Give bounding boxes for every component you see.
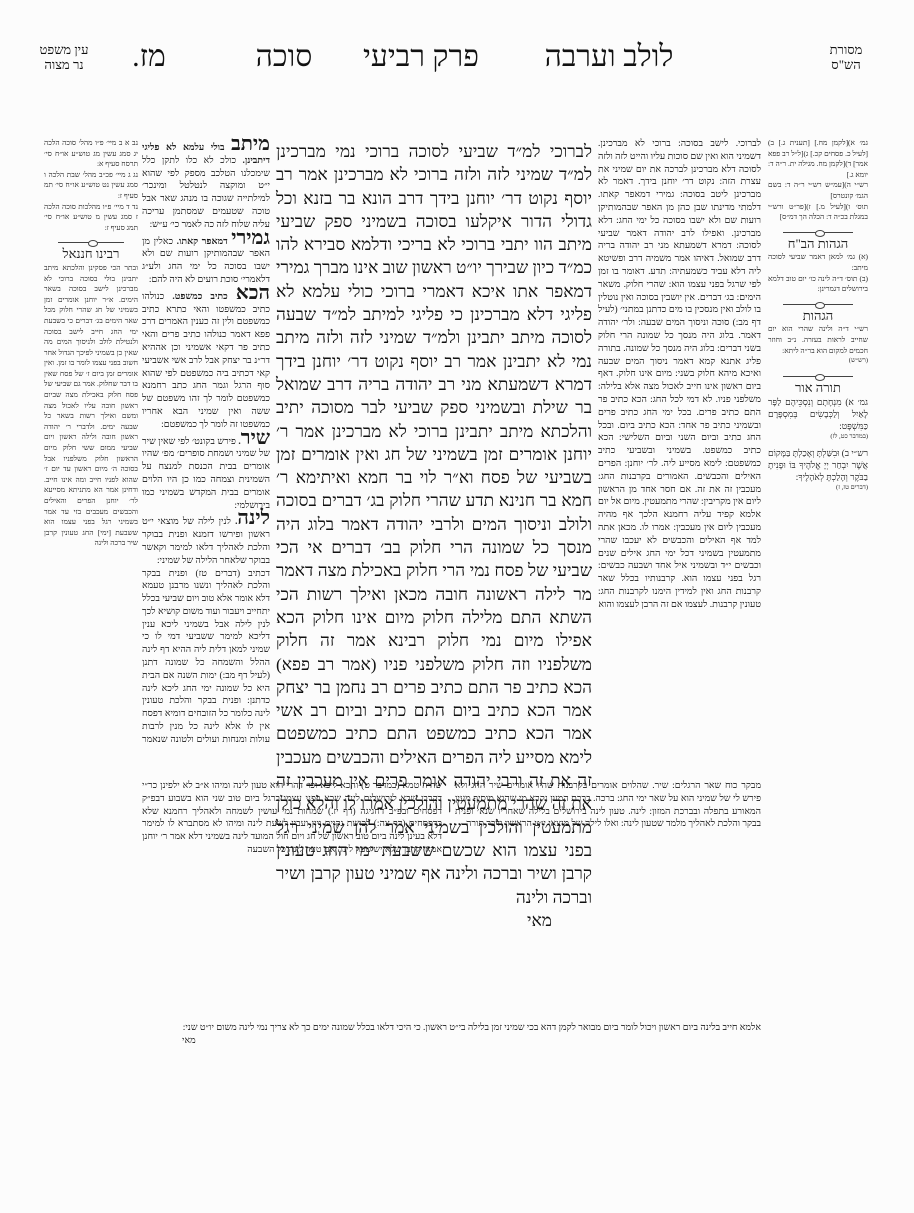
masoret-title-line-2: הש"ס xyxy=(806,57,886,72)
ornament-divider xyxy=(783,304,853,305)
torah-or-source: (דברים טז, ז) xyxy=(768,483,868,494)
daf-number: מז. xyxy=(119,40,179,74)
ornament-divider xyxy=(783,376,853,377)
torah-or-entry: גמ׳ א) מִנְחָתָם וְנִסְכֵּיהֶם לַפָּר לָ… xyxy=(768,396,868,432)
dibur-hamatchil-rest: כתיב כמשפט. xyxy=(172,292,235,302)
rashi-text: לברוכי. לישב בסוכה: ברוכי לא מברכינן. דש… xyxy=(598,138,761,611)
ornament-divider xyxy=(58,242,124,243)
tractate-name: סוכה xyxy=(224,40,344,74)
tosafot-bottom: שהיה טמא (במדבר ט) והכא ליכא וכו׳ דהרי ה… xyxy=(142,780,442,1040)
torah-or-source: (במדבר כט, לז) xyxy=(768,432,868,443)
rashi-commentary: לברוכי. לישב בסוכה: ברוכי לא מברכינן. דש… xyxy=(598,138,761,748)
tosafot-continuation: דכתיב (דברים טז) ופנית בבקר והלכת לאהליך… xyxy=(142,568,270,749)
right-margin: גמ׳ א)[לקמן מח.] [תענית ג.] ב)[לעיל כ. פ… xyxy=(768,138,868,493)
ein-mishpat-title-line-1: עין משפט xyxy=(14,42,114,57)
chapter-number: פרק רביעי xyxy=(346,40,496,74)
ornament-divider xyxy=(783,232,853,233)
chapter-name: לולב וערבה xyxy=(509,40,709,74)
tosafot-entry: שיר. פירש בקונט׳ לפי שאין שיר של שמיני ו… xyxy=(142,432,270,513)
tosafot-entry: לינה. לנין לילה של מוצאי י״ט ראשון ופירש… xyxy=(142,512,270,567)
hagahot-habach-title: הגהות הב"ח xyxy=(768,239,868,250)
dibur-hamatchil: שיר xyxy=(241,427,270,449)
masoret-entry: רש״י ה)[עמ״ש רש״י ר״ה ד: בשם הגמ׳ קונטרס… xyxy=(768,180,868,201)
masoret-title-line-1: מסורת xyxy=(806,42,886,57)
torah-or-entry: רש״י ב) וּבִשַּׁלְתָּ וְאָכַלְתָּ בַּמָּ… xyxy=(768,447,868,483)
dibur-hamatchil: גמירי xyxy=(231,227,270,249)
rashi-bottom: מבקר כוח שאר הרגלים: שיר. שהלוים אומרים … xyxy=(455,780,761,1040)
hagahot-habach-entry: (א) גמ׳ למאן דאמר שביעי לסוכה מיתב: xyxy=(768,252,868,273)
tosafot-entry: גמירי דמאפר קאתו. כאלין מן האפר שבהמותיק… xyxy=(142,232,270,287)
ein-mishpat-entry: נד ד מיי׳ פ״ו מהלכות סוכה הלכה ז סמג עשי… xyxy=(44,202,138,234)
dibur-hamatchil: מיתב xyxy=(231,138,270,155)
page-header: מסורת הש"ס לולב וערבה פרק רביעי סוכה מז.… xyxy=(0,40,914,90)
masoret-hashas-title: מסורת הש"ס xyxy=(806,42,886,72)
ein-mishpat-title-line-2: נר מצוה xyxy=(14,57,114,72)
masoret-entry: תוס׳ ו)[לעיל מ.] ז)[פר״ט ורש״י במגלת בכ״… xyxy=(768,202,868,223)
hagahot-habach-entry: (ב) תוס׳ ד״ה לינה כו׳ יום טוב דלמא בירוש… xyxy=(768,274,868,295)
hagahot-source: (רש״ש) xyxy=(768,356,868,367)
tosafot-bottom-text: שהיה טמא (במדבר ט) והכא ליכא וכו׳ דהרי ה… xyxy=(142,780,442,857)
tosafot-body: כנולהו כתיב כמשפטו והאי כתרא כתיב כמשפטם… xyxy=(142,292,270,430)
tosafot-body: כולכ לא כלו לתקן כלל שימכלנו הטלכב מספק … xyxy=(142,156,270,230)
torah-or-title: תורה אור xyxy=(768,383,868,394)
tosafot-commentary: מיתב בולי עלמא לא פליגי דיתבינן. כולכ לא… xyxy=(142,138,270,748)
dibur-hamatchil: לינה xyxy=(237,507,270,529)
tosafot-entry: מיתב בולי עלמא לא פליגי דיתבינן. כולכ לא… xyxy=(142,138,270,232)
rabbeinu-chananel-title: רבינו חננאל xyxy=(44,249,138,260)
masoret-entry: גמ׳ א)[לקמן מח.] [תענית ג.] ב)[לעיל כ. פ… xyxy=(768,138,868,180)
page-footer: אלמא חייב בלינה ביום ראשון ויכול לומר בי… xyxy=(142,1022,761,1048)
tosafot-body: פירש בקונט׳ לפי שאין שיר של שמיני ושמחת … xyxy=(142,437,270,511)
left-margin: נב א ב מיי׳ פ״ו מהל׳ סוכה הלכה יג סמג עש… xyxy=(44,138,138,549)
ein-mishpat-title: עין משפט נר מצוה xyxy=(14,42,114,72)
footer-last-line: אלמא חייב בלינה ביום ראשון ויכול לומר בי… xyxy=(142,1022,761,1035)
tosafot-entry: הכא כתיב כמשפט. כנולהו כתיב כמשפטו והאי … xyxy=(142,287,270,432)
dibur-hamatchil: הכא xyxy=(236,282,270,304)
dibur-hamatchil-rest: דמאפר קאתו. xyxy=(177,237,232,247)
footer-catchword: מאי xyxy=(142,1035,761,1048)
rashi-bottom-text: מבקר כוח שאר הרגלים: שיר. שהלוים אומרים … xyxy=(455,780,761,831)
hagahot-title: הגהות xyxy=(768,311,868,322)
hagahot-text: רש״י ד״ה ולינה שהרי הוא יום שחייב לראות … xyxy=(768,324,868,356)
ein-mishpat-entry: נג ג מיי׳ פכ״ב מהל׳ שבת הלכה ו סמג עשין … xyxy=(44,170,138,202)
rabbeinu-chananel-text: ובתר הכי פסקינן והלכתא מיתב יתבינן בולי … xyxy=(44,263,138,549)
ein-mishpat-entry: נב א ב מיי׳ פ״ו מהל׳ סוכה הלכה יג סמג עש… xyxy=(44,138,138,170)
